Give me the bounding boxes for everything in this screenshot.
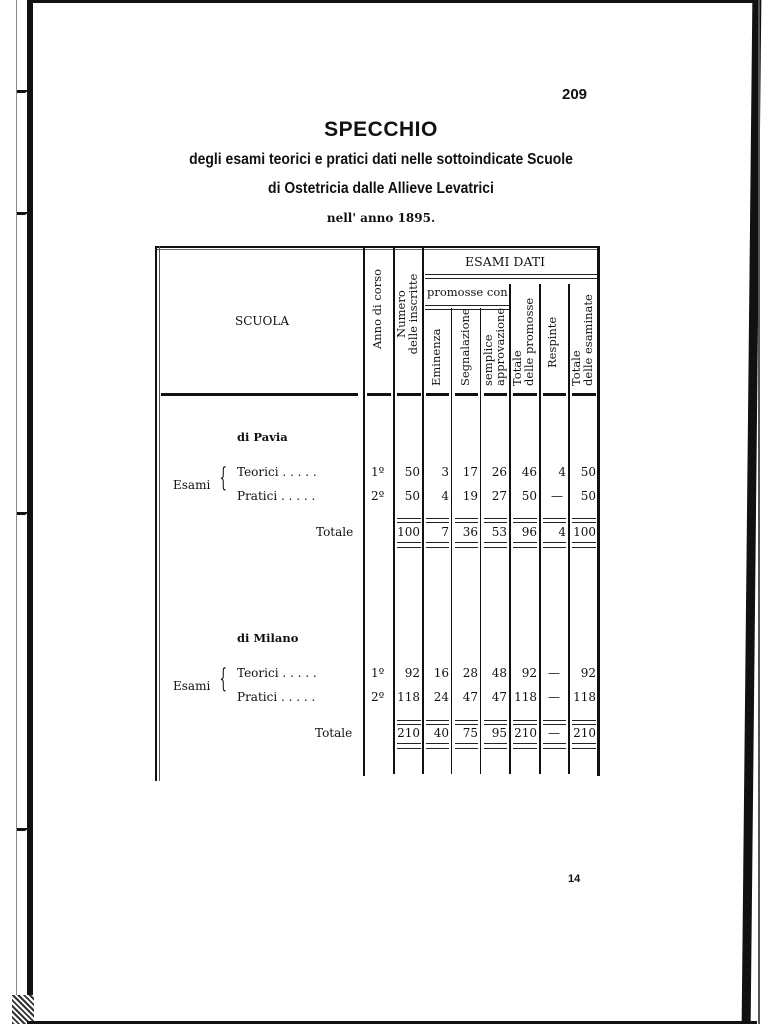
total-rule	[397, 518, 421, 523]
total-double-rule	[455, 542, 478, 548]
cell-respinte: 4	[541, 465, 566, 479]
cell-inscritte: 92	[395, 666, 420, 680]
total-rule	[397, 720, 421, 725]
header-scuola: SCUOLA	[235, 314, 289, 328]
total-double-rule	[513, 542, 537, 548]
total-label: Totale	[315, 726, 352, 740]
header-respinte: Respinte	[546, 288, 559, 368]
total-double-rule	[513, 743, 537, 749]
total-rule	[543, 720, 566, 725]
page-top-edge	[27, 0, 757, 3]
total-double-rule	[426, 542, 449, 548]
cell-eminenza: 16	[424, 666, 449, 680]
cell-tot-promosse: 92	[511, 666, 537, 680]
scan-corner-noise	[12, 995, 34, 1024]
total-double-rule	[484, 542, 507, 548]
brace-icon: {	[220, 468, 227, 488]
cell-tot-promosse: 118	[511, 690, 537, 704]
cell-eminenza: 24	[424, 690, 449, 704]
header-bottom-rule	[397, 393, 421, 396]
book-binding-edge	[27, 0, 33, 1022]
total-rule	[543, 518, 566, 523]
total-inscritte: 210	[395, 726, 420, 740]
total-segnalazione: 75	[453, 726, 478, 740]
header-bottom-rule	[426, 393, 449, 396]
cell-respinte: —	[541, 690, 560, 704]
signature-mark: 14	[568, 873, 580, 885]
header-promosse-con: promosse con	[427, 285, 508, 299]
exam-table: SCUOLA Anno di corso Numero delle inscri…	[155, 246, 600, 781]
total-eminenza: 7	[424, 525, 449, 539]
total-rule	[426, 720, 449, 725]
total-tot-esaminate: 100	[570, 525, 596, 539]
subtitle-line-2: di Ostetricia dalle Allieve Levatrici	[38, 180, 724, 198]
group-label: Esami	[173, 679, 210, 693]
total-rule	[455, 518, 478, 523]
total-double-rule	[572, 542, 596, 548]
cell-anno: 1º	[371, 666, 384, 680]
total-double-rule	[572, 743, 596, 749]
header-semplice-line2: approvazione	[494, 310, 507, 386]
total-double-rule	[426, 743, 449, 749]
year-line: nell' anno 1895.	[0, 211, 762, 225]
cell-semplice: 27	[482, 489, 507, 503]
cell-segnalazione: 19	[453, 489, 478, 503]
total-tot-promosse: 210	[511, 726, 537, 740]
scan-margin-left	[0, 0, 16, 1024]
table-right-border	[597, 246, 600, 776]
total-eminenza: 40	[424, 726, 449, 740]
header-segnalazione: Segnalazione	[459, 310, 472, 386]
page-right-edge-thin	[758, 0, 760, 1024]
total-rule	[455, 720, 478, 725]
cell-anno: 2º	[371, 489, 384, 503]
header-bottom-rule	[367, 393, 391, 396]
cell-segnalazione: 28	[453, 666, 478, 680]
header-bottom-rule	[455, 393, 478, 396]
total-rule	[484, 720, 507, 725]
cell-respinte: —	[541, 666, 560, 680]
total-semplice: 53	[482, 525, 507, 539]
page-number: 209	[562, 86, 587, 103]
header-anno-di-corso: Anno di corso	[371, 254, 384, 364]
cell-inscritte: 50	[395, 489, 420, 503]
col-sep-segnalazione	[451, 308, 452, 774]
total-double-rule	[397, 743, 421, 749]
cell-tot-esaminate: 92	[570, 666, 596, 680]
cell-eminenza: 4	[424, 489, 449, 503]
total-rule	[572, 518, 596, 523]
header-tot-esaminate-line2: delle esaminate	[582, 286, 595, 386]
total-tot-esaminate: 210	[570, 726, 596, 740]
total-double-rule	[484, 743, 507, 749]
row-label: Pratici . . . . .	[237, 690, 315, 704]
brace-icon: {	[220, 669, 227, 689]
cell-semplice: 26	[482, 465, 507, 479]
table-top-border-inner	[155, 249, 600, 250]
cell-anno: 2º	[371, 690, 384, 704]
cell-tot-esaminate: 50	[570, 465, 596, 479]
cell-anno: 1º	[371, 465, 384, 479]
col-sep-anno	[363, 246, 365, 776]
page-title: SPECCHIO	[0, 118, 762, 142]
cell-semplice: 48	[482, 666, 507, 680]
scan-mark	[17, 512, 29, 515]
total-rule	[572, 720, 596, 725]
total-segnalazione: 36	[453, 525, 478, 539]
header-bottom-rule	[513, 393, 537, 396]
cell-semplice: 47	[482, 690, 507, 704]
total-respinte: 4	[541, 525, 566, 539]
total-rule	[513, 720, 537, 725]
cell-eminenza: 3	[424, 465, 449, 479]
scan-mark	[17, 90, 29, 93]
total-respinte: —	[541, 726, 560, 740]
total-label: Totale	[316, 525, 353, 539]
school-name: di Pavia	[237, 430, 288, 444]
total-rule	[484, 518, 507, 523]
total-semplice: 95	[482, 726, 507, 740]
total-inscritte: 100	[395, 525, 420, 539]
total-tot-promosse: 96	[511, 525, 537, 539]
table-top-border	[155, 246, 600, 248]
scan-mark	[17, 828, 29, 831]
cell-inscritte: 50	[395, 465, 420, 479]
header-bottom-rule	[572, 393, 596, 396]
header-bottom-rule	[161, 393, 358, 396]
esami-dati-rule	[425, 274, 597, 279]
group-label: Esami	[173, 478, 210, 492]
total-rule	[426, 518, 449, 523]
total-double-rule	[543, 542, 566, 548]
cell-tot-promosse: 50	[511, 489, 537, 503]
subtitle-line-1: degli esami teorici e pratici dati nelle…	[38, 151, 724, 169]
school-name: di Milano	[237, 631, 298, 645]
table-left-border-inner	[159, 246, 160, 781]
header-bottom-rule	[484, 393, 507, 396]
header-eminenza: Eminenza	[430, 310, 443, 386]
cell-segnalazione: 47	[453, 690, 478, 704]
header-numero-line2: delle inscritte	[407, 264, 420, 364]
cell-segnalazione: 17	[453, 465, 478, 479]
header-bottom-rule	[543, 393, 566, 396]
total-double-rule	[397, 542, 421, 548]
cell-tot-esaminate: 50	[570, 489, 596, 503]
row-label: Pratici . . . . .	[237, 489, 315, 503]
table-left-border	[155, 246, 157, 781]
cell-tot-esaminate: 118	[570, 690, 596, 704]
row-label: Teorici . . . . .	[237, 465, 317, 479]
total-double-rule	[455, 743, 478, 749]
total-rule	[513, 518, 537, 523]
total-double-rule	[543, 743, 566, 749]
cell-respinte: —	[541, 489, 563, 503]
row-label: Teorici . . . . .	[237, 666, 317, 680]
cell-inscritte: 118	[395, 690, 420, 704]
header-esami-dati: ESAMI DATI	[465, 254, 545, 269]
cell-tot-promosse: 46	[511, 465, 537, 479]
header-tot-promosse-line2: delle promosse	[523, 286, 536, 386]
